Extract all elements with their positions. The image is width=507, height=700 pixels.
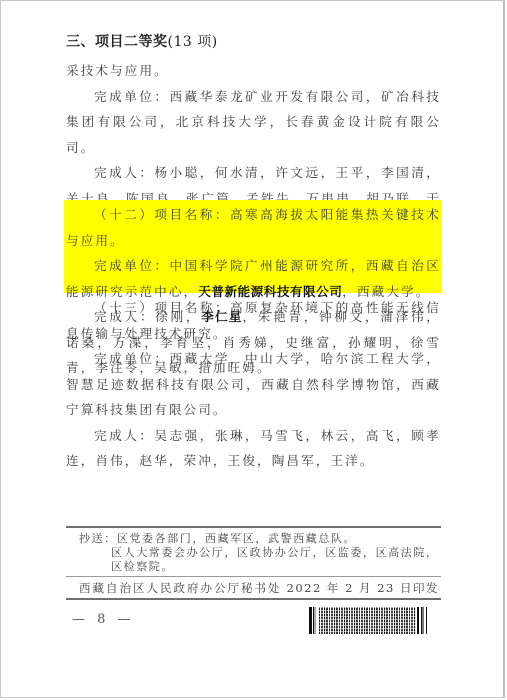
section-heading: 三、项目二等奖(13 项) <box>66 31 218 51</box>
cc-line1: 抄送：区党委各部门，西藏军区，武警西藏总队。 <box>79 532 441 546</box>
item13-title: （十三）项目名称：高原复杂环境下的高性能无线信息传输与处理技术研究。 <box>66 295 441 346</box>
cc-line2: 区人大常委会办公厅，区政协办公厅，区监委，区高法院，区检察院。 <box>79 546 441 574</box>
cc-line1-text: 区党委各部门，西藏军区，武警西藏总队。 <box>117 532 356 545</box>
item13-units: 完成单位：西藏大学，中山大学，哈尔滨工程大学，智慧足迹数据科技有限公司，西藏自然… <box>66 346 441 423</box>
barcode-icon <box>309 607 430 634</box>
item12-title: （十二）项目名称：高寒高海拔太阳能集热关键技术与应用。 <box>66 202 441 253</box>
page-number: — 8 — <box>72 612 135 627</box>
section-count: (13 项) <box>168 34 218 50</box>
footer-rule-bottom <box>66 598 441 600</box>
item11-units: 完成单位：西藏华泰龙矿业开发有限公司，矿冶科技集团有限公司，北京科技大学，长春黄… <box>66 84 441 161</box>
issuer: 西藏自治区人民政府办公厅秘书处 <box>79 580 282 596</box>
item13-block: （十三）项目名称：高原复杂环境下的高性能无线信息传输与处理技术研究。 完成单位：… <box>66 295 441 474</box>
cc-block: 抄送：区党委各部门，西藏军区，武警西藏总队。 区人大常委会办公厅，区政协办公厅，… <box>79 532 441 574</box>
item13-persons: 完成人：吴志强，张琳，马雪飞，林云，高飞，顾孝连，肖伟，赵华，荣冲，王俊，陶昌军… <box>66 423 441 474</box>
cc-label: 抄送： <box>79 532 117 545</box>
section-heading-text: 三、项目二等奖 <box>66 34 168 50</box>
footer-rule-top <box>66 526 441 528</box>
issue-date: 2022 年 2 月 23 日印发 <box>287 580 440 596</box>
footer-rule-middle <box>66 576 441 577</box>
item11-title-tail: 采技术与应用。 <box>66 58 441 84</box>
